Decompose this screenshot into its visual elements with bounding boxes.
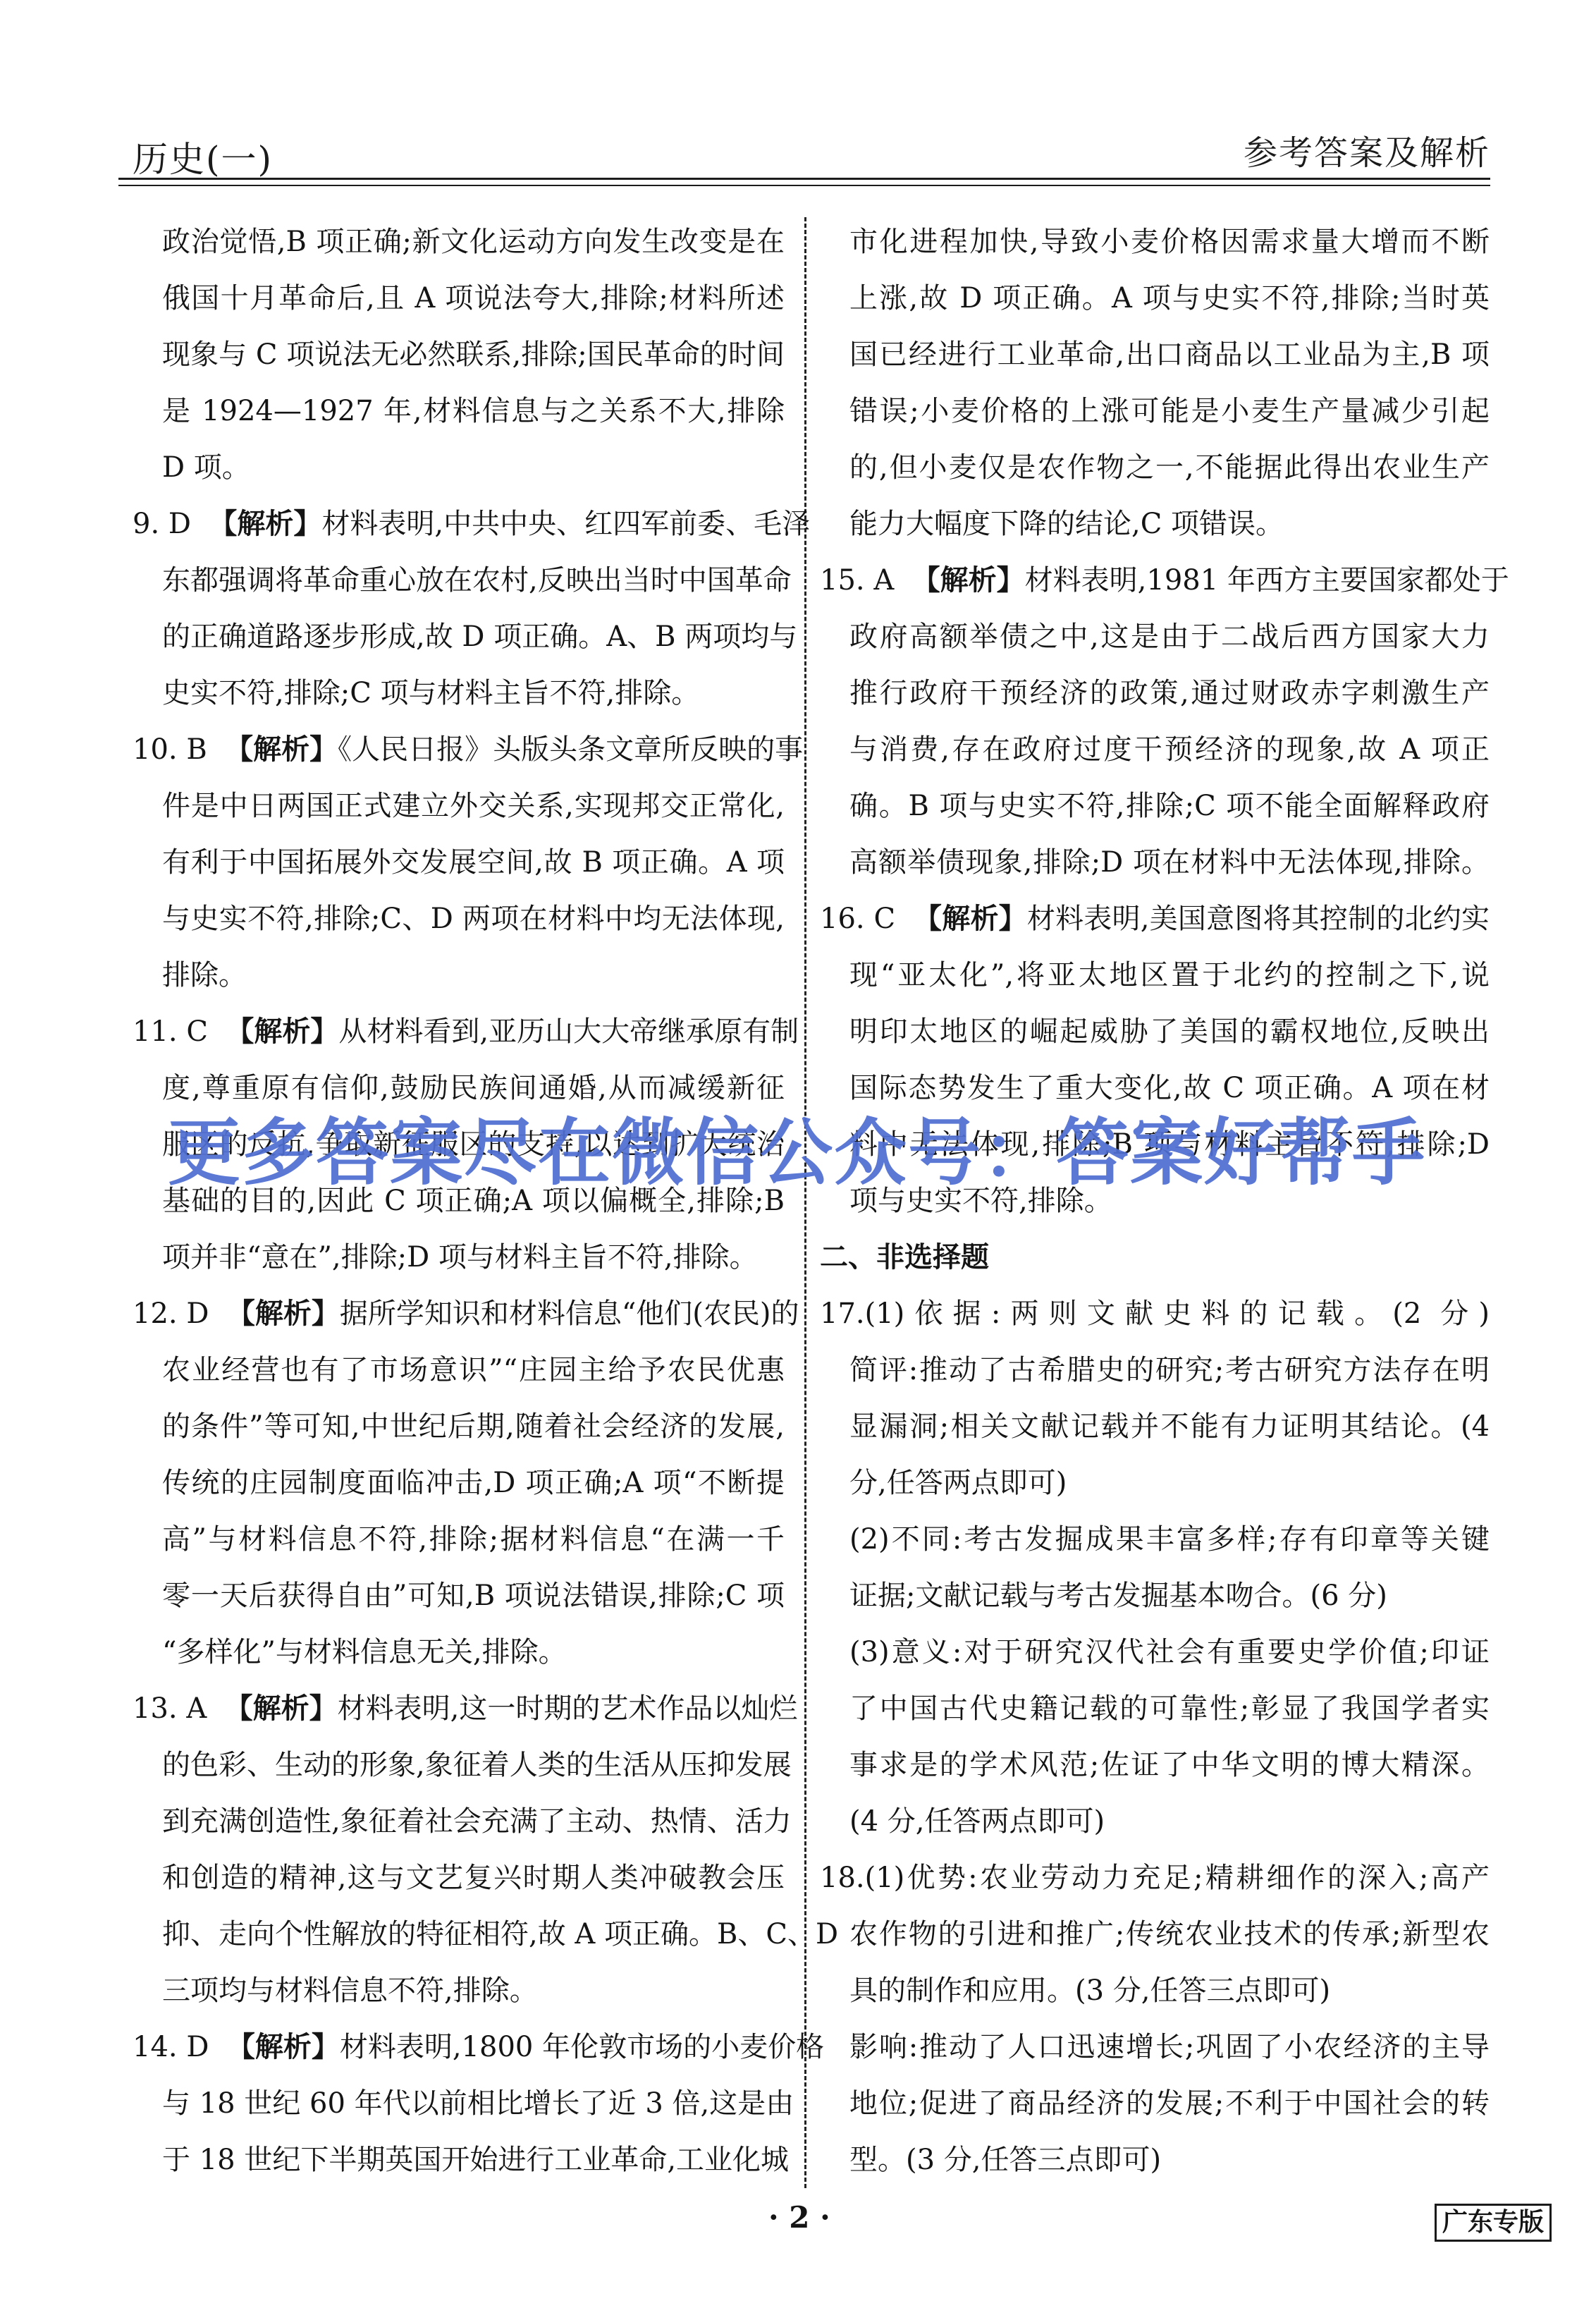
text-line: 政治觉悟,B 项正确;新文化运动方向发生改变是在 xyxy=(162,214,785,270)
text-line: 是 1924—1927 年,材料信息与之关系不大,排除 xyxy=(162,383,785,439)
page-number: · 2 · xyxy=(768,2200,830,2235)
text-line: 确。B 项与史实不符,排除;C 项不能全面解释政府 xyxy=(849,778,1490,834)
text-line: 的条件”等可知,中世纪后期,随着社会经济的发展, xyxy=(162,1398,785,1455)
text-line: 农业经营也有了市场意识”“庄园主给予农民优惠 xyxy=(162,1342,785,1398)
text-line: 农作物的引进和推广;传统农业技术的传承;新型农 xyxy=(849,1906,1490,1962)
answer-item-11: 11. C 【解析】从材料看到,亚历山大大帝继承原有制 度,尊重原有信仰,鼓励民… xyxy=(133,1003,785,1286)
item-number: 10. B xyxy=(133,733,207,766)
analysis-tag: 【解析】 xyxy=(227,2030,340,2063)
text-line: 材料表明,这一时期的艺术作品以灿烂 xyxy=(338,1692,798,1725)
text-line: 三项均与材料信息不符,排除。 xyxy=(162,1962,785,2019)
text-line: 证据;文献记载与考古发掘基本吻合。(6 分) xyxy=(849,1568,1490,1624)
text-line: D 项。 xyxy=(162,439,785,496)
text-line: 国际态势发生了重大变化,故 C 项正确。A 项在材 xyxy=(849,1060,1490,1116)
analysis-tag: 【解析】 xyxy=(209,507,321,540)
text-line: 事求是的学术风范;佐证了中华文明的博大精深。 xyxy=(849,1737,1490,1793)
text-line: 影响:推动了人口迅速增长;巩固了小农经济的主导 xyxy=(849,2019,1490,2075)
text-line: (3)意义:对于研究汉代社会有重要史学价值;印证 xyxy=(849,1624,1490,1680)
answer-item-12: 12. D 【解析】据所学知识和材料信息“他们(农民)的 农业经营也有了市场意识… xyxy=(133,1286,785,1680)
text-line: 的色彩、生动的形象,象征着人类的生活从压抑发展 xyxy=(162,1737,785,1793)
text-line: 政府高额举债之中,这是由于二战后西方国家大力 xyxy=(849,609,1490,665)
text-line: 型。(3 分,任答三点即可) xyxy=(849,2132,1490,2188)
text-line: 地位;促进了商品经济的发展;不利于中国社会的转 xyxy=(849,2075,1490,2132)
answer-item-10: 10. B 【解析】《人民日报》头版头条文章所反映的事 件是中日两国正式建立外交… xyxy=(133,721,785,1003)
text-line: 能力大幅度下降的结论,C 项错误。 xyxy=(849,496,1490,552)
analysis-tag: 【解析】 xyxy=(912,563,1025,597)
text-line: 有利于中国拓展外交发展空间,故 B 项正确。A 项 xyxy=(162,834,785,891)
header-rule-top xyxy=(118,178,1490,180)
text-line: (1)依据:两则文献史料的记载。(2 分) xyxy=(865,1298,1490,1330)
item-number: 15. A xyxy=(820,564,894,597)
text-line: 国已经进行工业革命,出口商品以工业品为主,B 项 xyxy=(849,326,1490,383)
item-number: 12. D xyxy=(133,1298,209,1330)
text-line: 了中国古代史籍记载的可靠性;彰显了我国学者实 xyxy=(849,1680,1490,1737)
text-line: 市化进程加快,导致小麦价格因需求量大增而不断 xyxy=(849,214,1490,270)
section-title: 二、非选择题 xyxy=(820,1229,1490,1286)
item-number: 17. xyxy=(820,1298,865,1330)
text-line: 零一天后获得自由”可知,B 项说法错误,排除;C 项 xyxy=(162,1568,785,1624)
text-line: 与 18 世纪 60 年代以前相比增长了近 3 倍,这是由 xyxy=(162,2075,785,2132)
text-line: 具的制作和应用。(3 分,任答三点即可) xyxy=(849,1962,1490,2019)
text-line: 排除。 xyxy=(162,947,785,1003)
answer-item-16: 16. C 【解析】材料表明,美国意图将其控制的北约实 现“亚太化”,将亚太地区… xyxy=(820,891,1490,1229)
header-title: 参考答案及解析 xyxy=(1244,126,1490,174)
item-number: 14. D xyxy=(133,2031,209,2063)
text-line: 和创造的精神,这与文艺复兴时期人类冲破教会压 xyxy=(162,1850,785,1906)
text-line: 基础的目的,因此 C 项正确;A 项以偏概全,排除;B xyxy=(162,1173,785,1229)
text-line: 项与史实不符,排除。 xyxy=(849,1173,1490,1229)
analysis-tag: 【解析】 xyxy=(225,1692,338,1725)
essay-item-17: 17.(1)依据:两则文献史料的记载。(2 分) 简评:推动了古希腊史的研究;考… xyxy=(820,1286,1490,1850)
text-line: 材料表明,美国意图将其控制的北约实 xyxy=(1027,903,1490,935)
header-rule-bottom xyxy=(118,185,1490,186)
text-line: 据所学知识和材料信息“他们(农民)的 xyxy=(340,1298,799,1330)
text-line: 从材料看到,亚历山大大帝继承原有制 xyxy=(338,1015,799,1048)
text-line: 的正确道路逐步形成,故 D 项正确。A、B 两项均与 xyxy=(162,609,785,665)
text-line: 现象与 C 项说法无必然联系,排除;国民革命的时间 xyxy=(162,326,785,383)
text-line: 史实不符,排除;C 项与材料主旨不符,排除。 xyxy=(162,665,785,721)
answer-item-13: 13. A 【解析】材料表明,这一时期的艺术作品以灿烂 的色彩、生动的形象,象征… xyxy=(133,1680,785,2019)
left-column: 政治觉悟,B 项正确;新文化运动方向发生改变是在 俄国十月革命后,且 A 项说法… xyxy=(133,214,785,2188)
text-line: 高”与材料信息不符,排除;据材料信息“在满一千 xyxy=(162,1511,785,1568)
analysis-tag: 【解析】 xyxy=(227,1297,340,1330)
text-line: 现“亚太化”,将亚太地区置于北约的控制之下,说 xyxy=(849,947,1490,1003)
right-column: 市化进程加快,导致小麦价格因需求量大增而不断 上涨,故 D 项正确。A 项与史实… xyxy=(820,214,1490,2188)
text-line: 明印太地区的崛起威胁了美国的霸权地位,反映出 xyxy=(849,1003,1490,1060)
header-subject: 历史(一) xyxy=(133,131,273,182)
text-line: 高额举债现象,排除;D 项在材料中无法体现,排除。 xyxy=(849,834,1490,891)
text-line: 材料表明,1800 年伦敦市场的小麦价格 xyxy=(340,2031,824,2063)
item-number: 11. C xyxy=(133,1015,208,1048)
analysis-tag: 【解析】 xyxy=(226,1015,338,1048)
text-line: 错误;小麦价格的上涨可能是小麦生产量减少引起 xyxy=(849,383,1490,439)
text-line: 显漏洞;相关文献记载并不能有力证明其结论。(4 xyxy=(849,1398,1490,1455)
text-line: 与消费,存在政府过度干预经济的现象,故 A 项正 xyxy=(849,721,1490,778)
text-line: 项并非“意在”,排除;D 项与材料主旨不符,排除。 xyxy=(162,1229,785,1286)
text-line: (2)不同:考古发掘成果丰富多样;存有印章等关键 xyxy=(849,1511,1490,1568)
text-line: 材料表明,1981 年西方主要国家都处于 xyxy=(1025,564,1509,597)
text-line: 俄国十月革命后,且 A 项说法夸大,排除;材料所述 xyxy=(162,270,785,326)
text-line: 分,任答两点即可) xyxy=(849,1455,1490,1511)
continuation-text: 市化进程加快,导致小麦价格因需求量大增而不断 上涨,故 D 项正确。A 项与史实… xyxy=(820,214,1490,552)
text-line: 料中无法体现,排除;B 项与材料主旨不符,排除;D xyxy=(849,1116,1490,1173)
analysis-tag: 【解析】 xyxy=(225,733,338,766)
text-line: 东都强调将革命重心放在农村,反映出当时中国革命 xyxy=(162,552,785,609)
answer-item-9: 9. D 【解析】材料表明,中共中央、红四军前委、毛泽 东都强调将革命重心放在农… xyxy=(133,496,785,721)
text-line: “多样化”与材料信息无关,排除。 xyxy=(162,1624,785,1680)
text-line: 件是中日两国正式建立外交关系,实现邦交正常化, xyxy=(162,778,785,834)
text-line: (1)优势:农业劳动力充足;精耕细作的深入;高产 xyxy=(865,1862,1490,1894)
text-line: 度,尊重原有信仰,鼓励民族间通婚,从而减缓新征 xyxy=(162,1060,785,1116)
answer-item-15: 15. A 【解析】材料表明,1981 年西方主要国家都处于 政府高额举债之中,… xyxy=(820,552,1490,891)
item-number: 16. C xyxy=(820,903,895,935)
item-number: 9. D xyxy=(133,508,191,540)
text-line: 材料表明,中共中央、红四军前委、毛泽 xyxy=(321,508,810,540)
edition-badge: 广东专版 xyxy=(1435,2204,1552,2242)
text-line: 推行政府干预经济的政策,通过财政赤字刺激生产 xyxy=(849,665,1490,721)
item-number: 13. A xyxy=(133,1692,207,1725)
text-line: 到充满创造性,象征着社会充满了主动、热情、活力 xyxy=(162,1793,785,1850)
answer-item-14: 14. D 【解析】材料表明,1800 年伦敦市场的小麦价格 与 18 世纪 6… xyxy=(133,2019,785,2188)
text-line: 于 18 世纪下半期英国开始进行工业革命,工业化城 xyxy=(162,2132,785,2188)
text-line: 与史实不符,排除;C、D 两项在材料中均无法体现, xyxy=(162,891,785,947)
continuation-text: 政治觉悟,B 项正确;新文化运动方向发生改变是在 俄国十月革命后,且 A 项说法… xyxy=(133,214,785,496)
analysis-tag: 【解析】 xyxy=(914,902,1027,935)
text-line: (4 分,任答两点即可) xyxy=(849,1793,1490,1850)
item-number: 18. xyxy=(820,1862,865,1894)
text-line: 的,但小麦仅是农作物之一,不能据此得出农业生产 xyxy=(849,439,1490,496)
text-line: 抑、走向个性解放的特征相符,故 A 项正确。B、C、D xyxy=(162,1906,785,1962)
text-line: 《人民日报》头版头条文章所反映的事 xyxy=(338,733,803,766)
text-line: 上涨,故 D 项正确。A 项与史实不符,排除;当时英 xyxy=(849,270,1490,326)
text-line: 传统的庄园制度面临冲击,D 项正确;A 项“不断提 xyxy=(162,1455,785,1511)
text-line: 服区的反抗,争取新征服区的支持,以达到扩大统治 xyxy=(162,1116,785,1173)
essay-item-18: 18.(1)优势:农业劳动力充足;精耕细作的深入;高产 农作物的引进和推广;传统… xyxy=(820,1850,1490,2188)
text-line: 简评:推动了古希腊史的研究;考古研究方法存在明 xyxy=(849,1342,1490,1398)
